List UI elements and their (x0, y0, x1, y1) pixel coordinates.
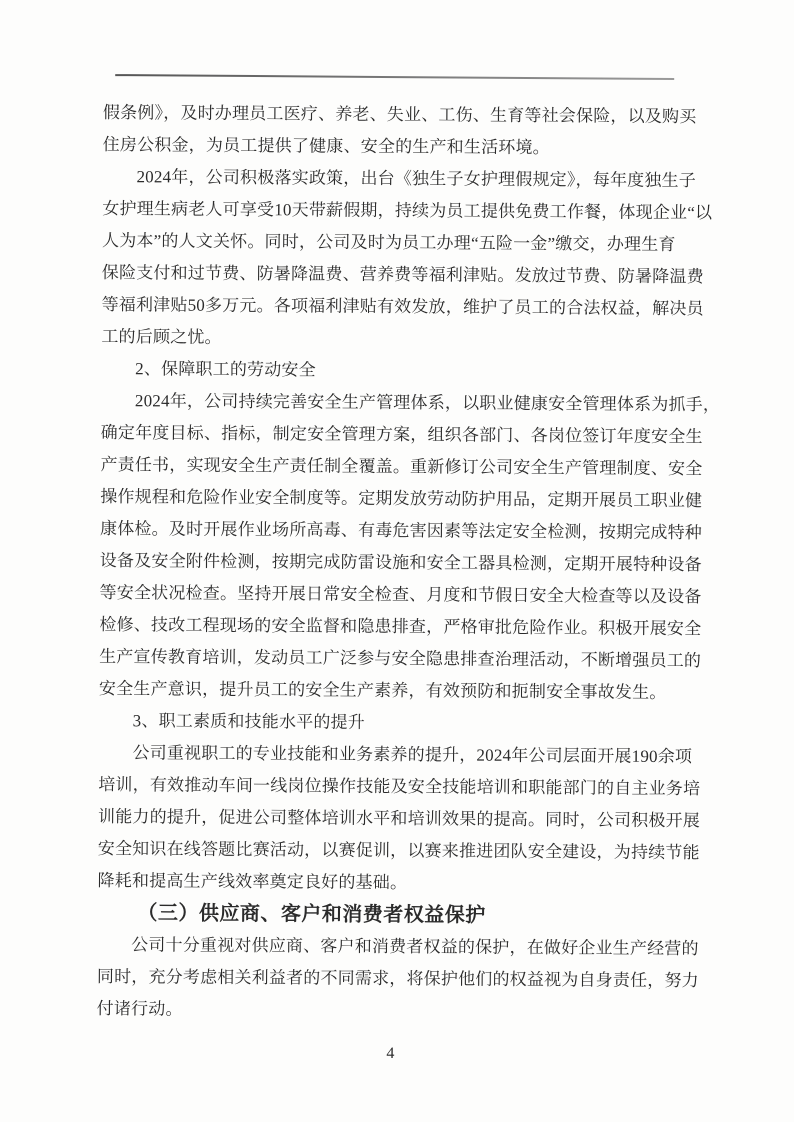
body-line: 2024年，公司持续完善安全生产管理体系，以职业健康安全管理体系为抓手， (101, 385, 685, 421)
subsection-heading: 3、职工素质和技能水平的提升 (99, 705, 683, 741)
body-line: 安全生产意识，提升员工的安全生产素养，有效预防和扼制安全事故发生。 (99, 673, 683, 709)
scan-content: 假条例》，及时办理员工医疗、养老、失业、工伤、生育等社会保险，以及购买 住房公积… (0, 0, 794, 1122)
body-line: 安全知识在线答题比赛活动，以赛促训，以赛来推进团队安全建设，为持续节能 (98, 833, 682, 869)
body-line: 住房公积金，为员工提供了健康、安全的生产和生活环境。 (103, 129, 687, 165)
body-line: 生产宣传教育培训，发动员工广泛参与安全隐患排查治理活动，不断增强员工的 (99, 641, 683, 677)
header-rule (115, 74, 674, 80)
body-line: 2024年，公司积极落实政策，出台《独生子女护理假规定》，每年度独生子 (102, 161, 686, 197)
text-column: 假条例》，及时办理员工医疗、养老、失业、工伤、生育等社会保险，以及购买 住房公积… (97, 97, 687, 1029)
body-line: 确定年度目标、指标，制定安全管理方案，组织各部门、各岗位签订年度安全生 (101, 417, 685, 453)
section-heading: （三）供应商、客户和消费者权益保护 (97, 897, 681, 933)
body-line: 检修、技改工程现场的安全监督和隐患排查，严格审批危险作业。积极开展安全 (99, 609, 683, 645)
body-line: 工的后顾之忧。 (101, 321, 685, 357)
body-line: 女护理生病老人可享受10天带薪假期，持续为员工提供免费工作餐，体现企业“以 (102, 193, 686, 229)
body-line: 公司重视职工的专业技能和业务素养的提升，2024年公司层面开展190余项 (98, 737, 682, 773)
subsection-heading: 2、保障职工的劳动安全 (101, 353, 685, 389)
body-line: 操作规程和危险作业安全制度等。定期发放劳动防护用品，定期开展员工职业健 (100, 481, 684, 517)
body-line: 公司十分重视对供应商、客户和消费者权益的保护，在做好企业生产经营的 (97, 929, 681, 965)
document-page: 假条例》，及时办理员工医疗、养老、失业、工伤、生育等社会保险，以及购买 住房公积… (0, 0, 794, 1122)
body-line: 同时，充分考虑相关利益者的不同需求，将保护他们的权益视为自身责任，努力 (97, 961, 681, 997)
body-line: 训能力的提升，促进公司整体培训水平和培训效果的提高。同时，公司积极开展 (98, 801, 682, 837)
body-line: 等福利津贴50多万元。各项福利津贴有效发放，维护了员工的合法权益，解决员 (101, 289, 685, 325)
body-line: 保险支付和过节费、防暑降温费、营养费等福利津贴。发放过节费、防暑降温费 (102, 257, 686, 293)
body-line: 降耗和提高生产线效率奠定良好的基础。 (97, 865, 681, 901)
body-line: 假条例》，及时办理员工医疗、养老、失业、工伤、生育等社会保险，以及购买 (103, 97, 687, 133)
page-number: 4 (0, 1040, 787, 1068)
body-line: 设备及安全附件检测，按期完成防雷设施和安全工器具检测，定期开展特种设备 (100, 545, 684, 581)
body-line: 产责任书，实现安全生产责任制全覆盖。重新修订公司安全生产管理制度、安全 (100, 449, 684, 485)
body-line: 人为本”的人文关怀。同时，公司及时为员工办理“五险一金”缴交，办理生育 (102, 225, 686, 261)
body-line: 等安全状况检查。坚持开展日常安全检查、月度和节假日安全大检查等以及设备 (99, 577, 683, 613)
body-line: 康体检。及时开展作业场所高毒、有毒危害因素等法定安全检测，按期完成特种 (100, 513, 684, 549)
body-line: 付诸行动。 (97, 993, 681, 1029)
body-line: 培训，有效推动车间一线岗位操作技能及安全技能培训和职能部门的自主业务培 (98, 769, 682, 805)
